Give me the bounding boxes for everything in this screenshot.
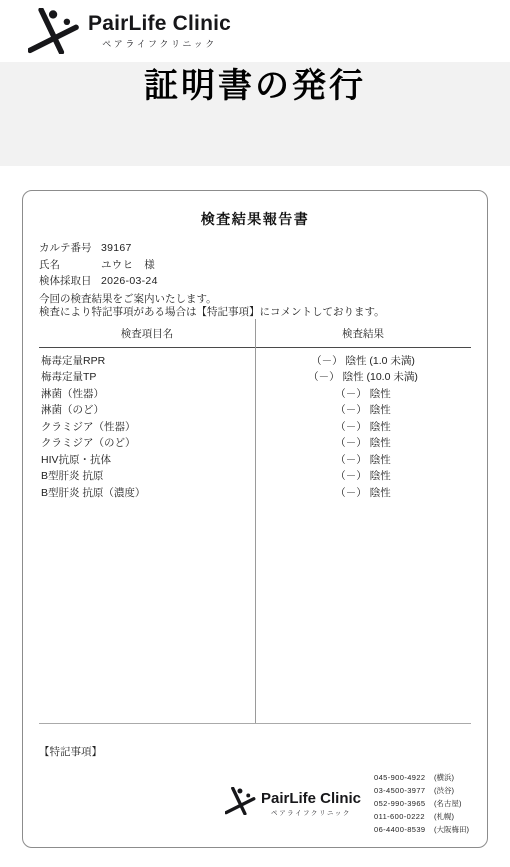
- phone-location: (大阪梅田): [434, 823, 469, 836]
- info-value: 2026-03-24: [101, 273, 158, 290]
- item-cell: 梅毒定量RPR: [39, 353, 255, 370]
- table-row: HIV抗原・抗体 （－） 陰性: [39, 452, 471, 469]
- patient-info: カルテ番号 39167 氏名 ユウヒ 様 検体採取日 2026-03-24: [39, 240, 471, 290]
- notes-label: 【特記事項】: [39, 746, 471, 759]
- phone-location: (名古屋): [434, 797, 462, 810]
- result-cell: （－） 陰性: [255, 485, 471, 502]
- item-cell: 淋菌（のど）: [39, 402, 255, 419]
- result-cell: （－） 陰性: [255, 468, 471, 485]
- phone-number: 06-4400-8539: [374, 823, 434, 836]
- result-cell: （－） 陰性: [255, 402, 471, 419]
- table-row: B型肝炎 抗原 （－） 陰性: [39, 468, 471, 485]
- phone-line: 03-4500-3977 (渋谷): [374, 784, 469, 797]
- phone-line: 052-990-3965 (名古屋): [374, 797, 469, 810]
- info-label: カルテ番号: [39, 240, 101, 257]
- intro-text: 今回の検査結果をご案内いたします。 検査により特記事項がある場合は【特記事項】に…: [39, 293, 471, 319]
- pairlife-logo-icon: [28, 8, 80, 54]
- phone-number: 03-4500-3977: [374, 784, 434, 797]
- table-row: 淋菌（性器） （－） 陰性: [39, 386, 471, 403]
- footer-brand-name: PairLife Clinic: [261, 790, 361, 807]
- item-cell: 梅毒定量TP: [39, 369, 255, 386]
- info-row: カルテ番号 39167: [39, 240, 471, 257]
- footer-brand-kana: ペアライフクリニック: [271, 808, 351, 817]
- item-cell: 淋菌（性器）: [39, 386, 255, 403]
- item-cell: クラミジア（性器）: [39, 419, 255, 436]
- result-cell: （－） 陰性 (1.0 未満): [255, 353, 471, 370]
- header-logo[interactable]: PairLife Clinic ペアライフクリニック: [28, 8, 231, 54]
- column-header-item: 検査項目名: [39, 326, 255, 341]
- pairlife-logo-icon: [225, 787, 256, 820]
- hero-section: 証明書の発行: [0, 62, 510, 166]
- report-table-body: 梅毒定量RPR （－） 陰性 (1.0 未満) 梅毒定量TP （－） 陰性 (1…: [39, 348, 471, 502]
- result-cell: （－） 陰性: [255, 452, 471, 469]
- phone-location: (横浜): [434, 771, 454, 784]
- table-row: 梅毒定量RPR （－） 陰性 (1.0 未満): [39, 353, 471, 370]
- item-cell: HIV抗原・抗体: [39, 452, 255, 469]
- result-table: 検査項目名 検査結果 梅毒定量RPR （－） 陰性 (1.0 未満) 梅毒定量T…: [39, 319, 471, 724]
- info-value: ユウヒ 様: [101, 257, 155, 274]
- table-row: 梅毒定量TP （－） 陰性 (10.0 未満): [39, 369, 471, 386]
- phone-line: 06-4400-8539 (大阪梅田): [374, 823, 469, 836]
- phone-location: (渋谷): [434, 784, 454, 797]
- phone-number: 011-600-0222: [374, 810, 434, 823]
- table-row: クラミジア（性器） （－） 陰性: [39, 419, 471, 436]
- column-header-result: 検査結果: [255, 326, 471, 341]
- info-row: 氏名 ユウヒ 様: [39, 257, 471, 274]
- result-cell: （－） 陰性: [255, 386, 471, 403]
- item-cell: クラミジア（のど）: [39, 435, 255, 452]
- item-cell: B型肝炎 抗原: [39, 468, 255, 485]
- result-cell: （－） 陰性 (10.0 未満): [255, 369, 471, 386]
- table-row: クラミジア（のど） （－） 陰性: [39, 435, 471, 452]
- result-table-header: 検査項目名 検査結果: [39, 319, 471, 348]
- footer-logo: PairLife Clinic ペアライフクリニック: [225, 787, 361, 820]
- phone-line: 045-900-4922 (横浜): [374, 771, 469, 784]
- intro-line-1: 今回の検査結果をご案内いたします。: [39, 293, 471, 306]
- info-row: 検体採取日 2026-03-24: [39, 273, 471, 290]
- info-label: 氏名: [39, 257, 101, 274]
- top-bar: PairLife Clinic ペアライフクリニック: [0, 0, 510, 62]
- page-title: 証明書の発行: [0, 62, 510, 105]
- intro-line-2: 検査により特記事項がある場合は【特記事項】にコメントしております。: [39, 306, 471, 319]
- report-card: 検査結果報告書 カルテ番号 39167 氏名 ユウヒ 様 検体採取日 2026-…: [22, 190, 488, 848]
- card-footer: PairLife Clinic ペアライフクリニック 045-900-4922 …: [39, 771, 471, 836]
- phone-number: 052-990-3965: [374, 797, 434, 810]
- phone-line: 011-600-0222 (札幌): [374, 810, 469, 823]
- main-content: 検査結果報告書 カルテ番号 39167 氏名 ユウヒ 様 検体採取日 2026-…: [0, 190, 510, 848]
- phone-location: (札幌): [434, 810, 454, 823]
- table-row: 淋菌（のど） （－） 陰性: [39, 402, 471, 419]
- brand-name: PairLife Clinic: [88, 12, 231, 36]
- result-cell: （－） 陰性: [255, 435, 471, 452]
- info-value: 39167: [101, 240, 132, 257]
- item-cell: B型肝炎 抗原（濃度）: [39, 485, 255, 502]
- result-cell: （－） 陰性: [255, 419, 471, 436]
- report-title: 検査結果報告書: [39, 211, 471, 228]
- brand-kana: ペアライフクリニック: [102, 37, 217, 50]
- table-row: B型肝炎 抗原（濃度） （－） 陰性: [39, 485, 471, 502]
- clinic-phone-list: 045-900-4922 (横浜) 03-4500-3977 (渋谷) 052-…: [374, 771, 469, 836]
- info-label: 検体採取日: [39, 273, 101, 290]
- phone-number: 045-900-4922: [374, 771, 434, 784]
